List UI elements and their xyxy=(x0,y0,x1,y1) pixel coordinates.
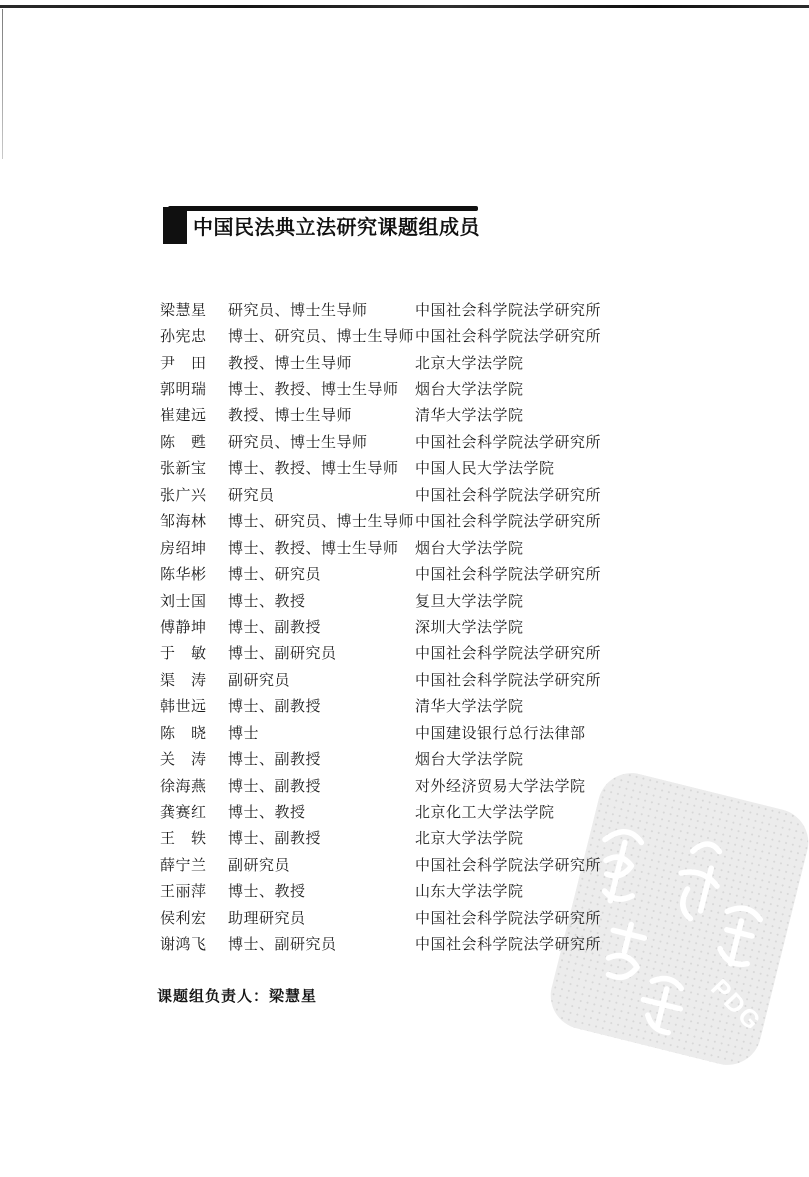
member-row: 关 涛博士、副教授烟台大学法学院 xyxy=(160,745,660,771)
member-row: 邹海林博士、研究员、博士生导师中国社会科学院法学研究所 xyxy=(160,508,660,534)
member-titles: 博士、副教授 xyxy=(228,775,415,796)
member-row: 陈 晓博士中国建设银行总行法律部 xyxy=(160,719,660,745)
member-affiliation: 北京化工大学法学院 xyxy=(415,801,660,822)
member-name: 傅静坤 xyxy=(160,616,228,637)
member-name: 郭明瑞 xyxy=(160,378,228,399)
member-name: 梁慧星 xyxy=(160,299,228,320)
member-titles: 研究员 xyxy=(228,484,415,505)
member-affiliation: 烟台大学法学院 xyxy=(415,378,660,399)
member-affiliation: 中国社会科学院法学研究所 xyxy=(415,563,660,584)
member-name: 韩世远 xyxy=(160,695,228,716)
member-row: 张广兴研究员中国社会科学院法学研究所 xyxy=(160,481,660,507)
member-titles: 研究员、博士生导师 xyxy=(228,299,415,320)
member-row: 陈华彬博士、研究员中国社会科学院法学研究所 xyxy=(160,560,660,586)
member-titles: 博士、研究员 xyxy=(228,563,415,584)
member-affiliation: 北京大学法学院 xyxy=(415,352,660,373)
member-list: 梁慧星研究员、博士生导师中国社会科学院法学研究所孙宪忠博士、研究员、博士生导师中… xyxy=(160,296,660,957)
member-affiliation: 中国社会科学院法学研究所 xyxy=(415,669,660,690)
member-affiliation: 烟台大学法学院 xyxy=(415,748,660,769)
member-titles: 博士、研究员、博士生导师 xyxy=(228,510,415,531)
seal-glyph-icon xyxy=(715,905,762,969)
member-titles: 博士、副教授 xyxy=(228,748,415,769)
member-affiliation: 中国社会科学院法学研究所 xyxy=(415,510,660,531)
member-name: 龚赛红 xyxy=(160,801,228,822)
member-row: 崔建远教授、博士生导师清华大学法学院 xyxy=(160,402,660,428)
member-row: 房绍坤博士、教授、博士生导师烟台大学法学院 xyxy=(160,534,660,560)
scan-artifact-top-line xyxy=(0,5,809,8)
member-titles: 研究员、博士生导师 xyxy=(228,431,415,452)
member-row: 渠 涛副研究员中国社会科学院法学研究所 xyxy=(160,666,660,692)
member-name: 邹海林 xyxy=(160,510,228,531)
page-title: 中国民法典立法研究课题组成员 xyxy=(193,211,480,240)
member-titles: 助理研究员 xyxy=(228,907,415,928)
member-name: 尹 田 xyxy=(160,352,228,373)
member-row: 徐海燕博士、副教授对外经济贸易大学法学院 xyxy=(160,772,660,798)
member-name: 崔建远 xyxy=(160,404,228,425)
member-affiliation: 中国社会科学院法学研究所 xyxy=(415,907,660,928)
group-leader-line: 课题组负责人：梁慧星 xyxy=(157,985,317,1006)
member-row: 郭明瑞博士、教授、博士生导师烟台大学法学院 xyxy=(160,375,660,401)
member-titles: 博士、副教授 xyxy=(228,616,415,637)
member-titles: 博士、副教授 xyxy=(228,827,415,848)
member-affiliation: 中国社会科学院法学研究所 xyxy=(415,484,660,505)
member-affiliation: 中国社会科学院法学研究所 xyxy=(415,854,660,875)
member-affiliation: 中国人民大学法学院 xyxy=(415,457,660,478)
member-row: 傅静坤博士、副教授深圳大学法学院 xyxy=(160,613,660,639)
member-name: 张广兴 xyxy=(160,484,228,505)
scanned-book-page: 中国民法典立法研究课题组成员 梁慧星研究员、博士生导师中国社会科学院法学研究所孙… xyxy=(0,0,809,1177)
member-row: 陈 甦研究员、博士生导师中国社会科学院法学研究所 xyxy=(160,428,660,454)
member-affiliation: 清华大学法学院 xyxy=(415,695,660,716)
member-name: 渠 涛 xyxy=(160,669,228,690)
header-block-marker xyxy=(163,207,187,244)
member-row: 张新宝博士、教授、博士生导师中国人民大学法学院 xyxy=(160,455,660,481)
seal-glyph-icon xyxy=(637,974,687,1034)
member-name: 关 涛 xyxy=(160,748,228,769)
member-titles: 博士、副研究员 xyxy=(228,642,415,663)
group-leader-label: 课题组负责人：梁慧星 xyxy=(157,988,317,1005)
member-titles: 博士、副教授 xyxy=(228,695,415,716)
member-titles: 副研究员 xyxy=(228,669,415,690)
member-name: 谢鸿飞 xyxy=(160,933,228,954)
member-name: 侯利宏 xyxy=(160,907,228,928)
member-affiliation: 山东大学法学院 xyxy=(415,880,660,901)
member-affiliation: 北京大学法学院 xyxy=(415,827,660,848)
member-row: 侯利宏助理研究员中国社会科学院法学研究所 xyxy=(160,904,660,930)
member-name: 张新宝 xyxy=(160,457,228,478)
member-name: 陈 甦 xyxy=(160,431,228,452)
member-titles: 教授、博士生导师 xyxy=(228,352,415,373)
member-row: 王丽萍博士、教授山东大学法学院 xyxy=(160,878,660,904)
member-row: 孙宪忠博士、研究员、博士生导师中国社会科学院法学研究所 xyxy=(160,322,660,348)
member-name: 陈华彬 xyxy=(160,563,228,584)
member-name: 刘士国 xyxy=(160,590,228,611)
member-affiliation: 烟台大学法学院 xyxy=(415,537,660,558)
member-titles: 副研究员 xyxy=(228,854,415,875)
member-name: 王丽萍 xyxy=(160,880,228,901)
member-row: 梁慧星研究员、博士生导师中国社会科学院法学研究所 xyxy=(160,296,660,322)
member-name: 房绍坤 xyxy=(160,537,228,558)
member-titles: 博士、教授 xyxy=(228,880,415,901)
member-row: 王 轶博士、副教授北京大学法学院 xyxy=(160,825,660,851)
member-affiliation: 中国社会科学院法学研究所 xyxy=(415,642,660,663)
member-titles: 博士 xyxy=(228,722,415,743)
member-titles: 博士、研究员、博士生导师 xyxy=(228,325,415,346)
member-affiliation: 中国社会科学院法学研究所 xyxy=(415,299,660,320)
member-row: 刘士国博士、教授复旦大学法学院 xyxy=(160,587,660,613)
member-affiliation: 中国社会科学院法学研究所 xyxy=(415,431,660,452)
member-name: 王 轶 xyxy=(160,827,228,848)
member-name: 徐海燕 xyxy=(160,775,228,796)
member-titles: 博士、副研究员 xyxy=(228,933,415,954)
member-name: 孙宪忠 xyxy=(160,325,228,346)
member-row: 薛宁兰副研究员中国社会科学院法学研究所 xyxy=(160,851,660,877)
member-titles: 博士、教授、博士生导师 xyxy=(228,378,415,399)
member-affiliation: 中国社会科学院法学研究所 xyxy=(415,325,660,346)
member-row: 韩世远博士、副教授清华大学法学院 xyxy=(160,693,660,719)
member-affiliation: 对外经济贸易大学法学院 xyxy=(415,775,660,796)
member-affiliation: 复旦大学法学院 xyxy=(415,590,660,611)
member-row: 龚赛红博士、教授北京化工大学法学院 xyxy=(160,798,660,824)
seal-glyph-icon xyxy=(671,839,726,923)
member-name: 薛宁兰 xyxy=(160,854,228,875)
member-row: 尹 田教授、博士生导师北京大学法学院 xyxy=(160,349,660,375)
member-name: 陈 晓 xyxy=(160,722,228,743)
member-affiliation: 清华大学法学院 xyxy=(415,404,660,425)
member-row: 谢鸿飞博士、副研究员中国社会科学院法学研究所 xyxy=(160,931,660,957)
member-name: 于 敏 xyxy=(160,642,228,663)
member-affiliation: 深圳大学法学院 xyxy=(415,616,660,637)
member-affiliation: 中国社会科学院法学研究所 xyxy=(415,933,660,954)
member-titles: 博士、教授、博士生导师 xyxy=(228,457,415,478)
member-titles: 博士、教授 xyxy=(228,590,415,611)
member-affiliation: 中国建设银行总行法律部 xyxy=(415,722,660,743)
member-titles: 博士、教授、博士生导师 xyxy=(228,537,415,558)
member-titles: 教授、博士生导师 xyxy=(228,404,415,425)
member-titles: 博士、教授 xyxy=(228,801,415,822)
member-row: 于 敏博士、副研究员中国社会科学院法学研究所 xyxy=(160,640,660,666)
scan-artifact-left-line xyxy=(2,9,3,159)
